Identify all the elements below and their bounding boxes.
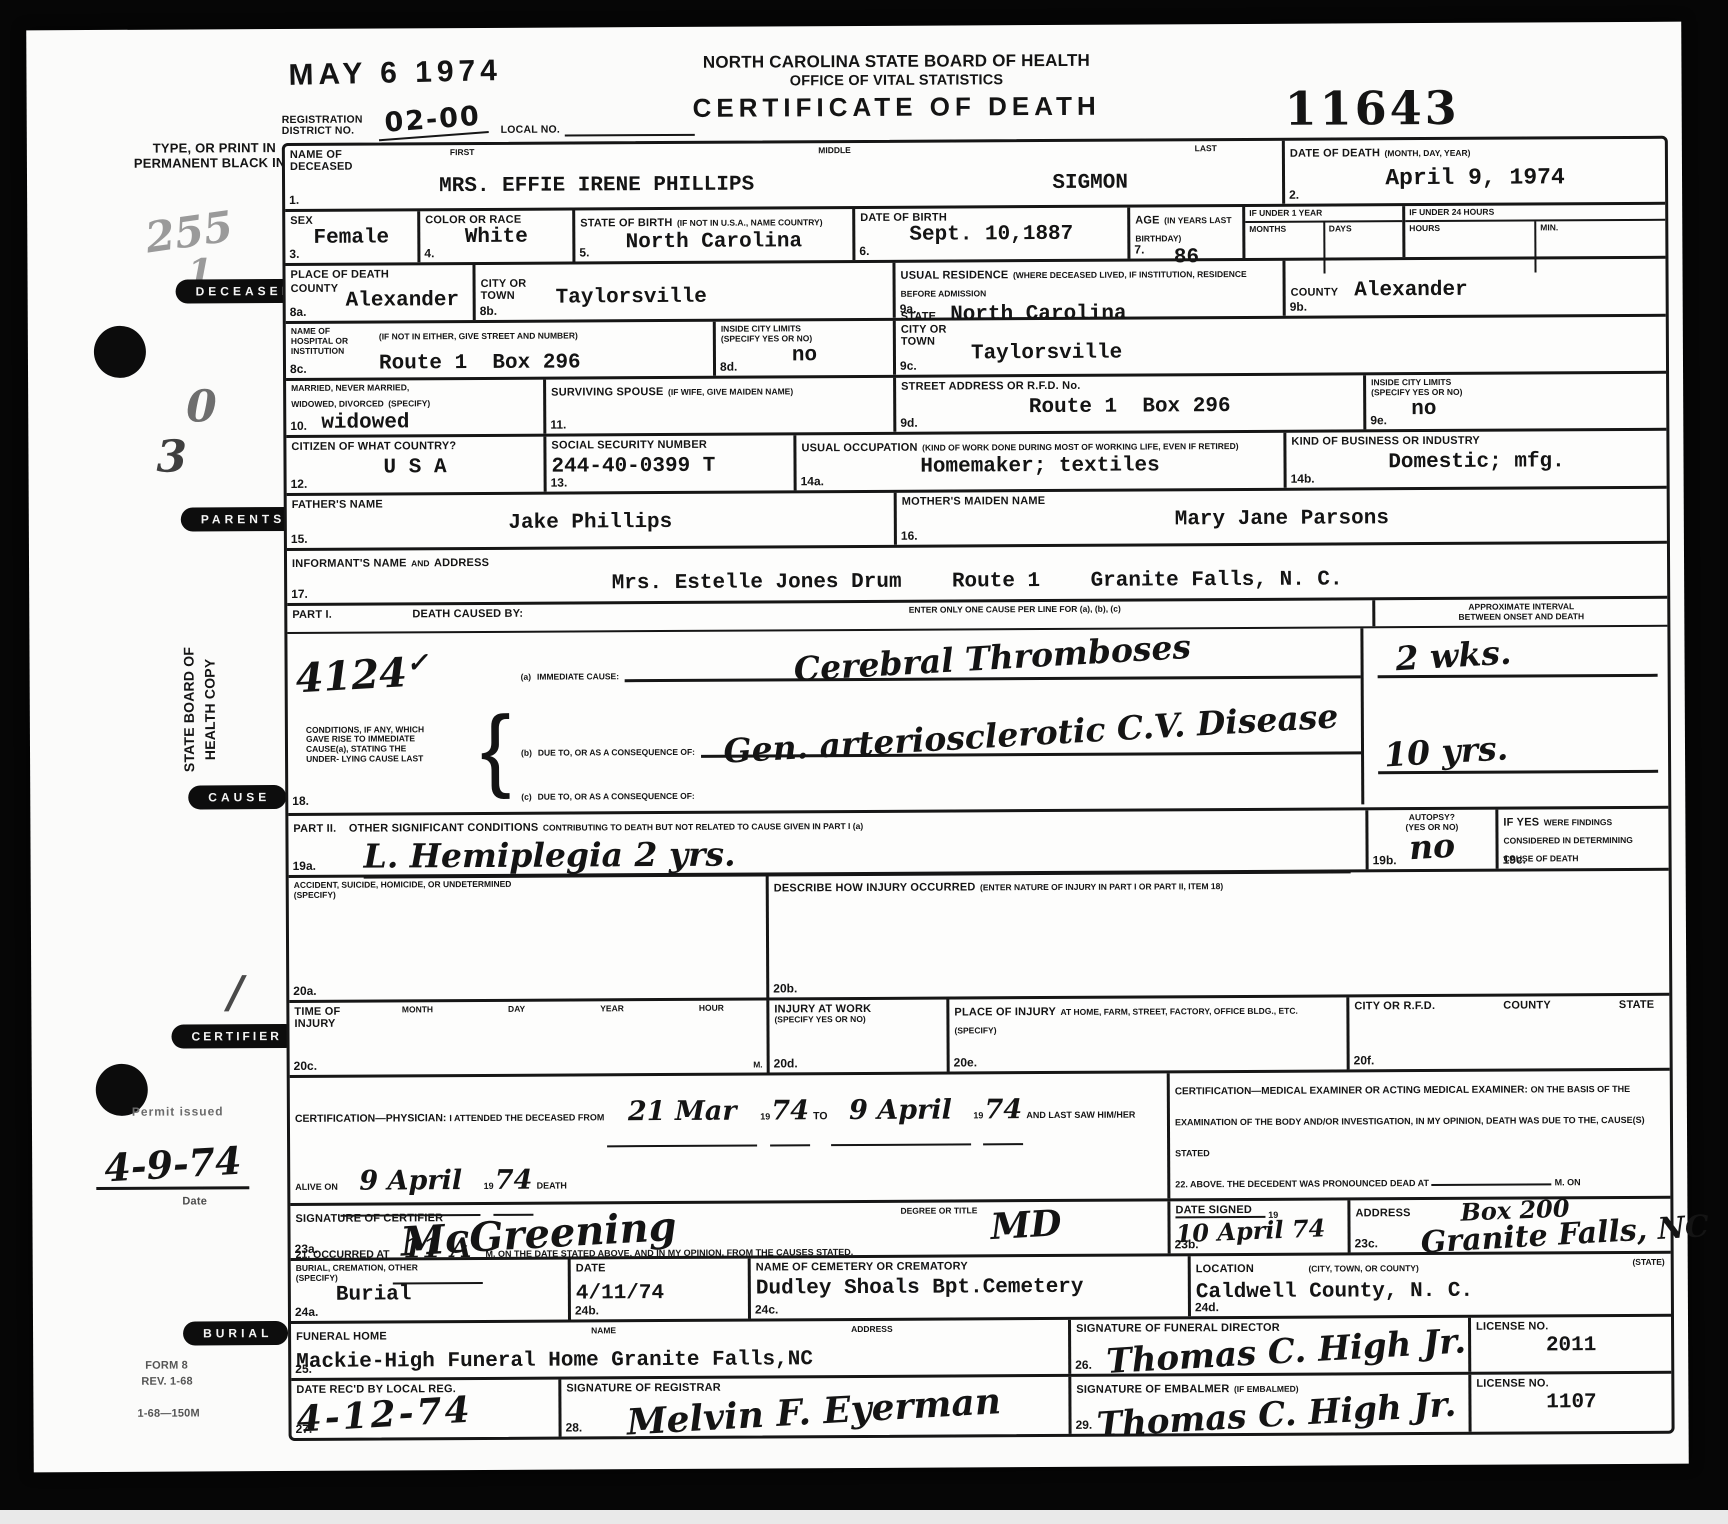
cert-phys-19b: 19 bbox=[973, 1110, 983, 1120]
field-funeral-home: FUNERAL HOME NAME ADDRESS Mackie-High Fu… bbox=[291, 1320, 1071, 1378]
address-num: 23c. bbox=[1355, 1236, 1378, 1250]
marital-value: widowed bbox=[321, 410, 538, 434]
received-date-stamp: MAY 6 1974 bbox=[288, 54, 502, 93]
inside8d-value: no bbox=[721, 343, 888, 367]
occupation-label: USUAL OCCUPATION bbox=[801, 442, 917, 455]
field-license-director: LICENSE NO. 2011 bbox=[1471, 1317, 1671, 1372]
pod-city-num: 8b. bbox=[480, 304, 497, 318]
industry-num: 14b. bbox=[1291, 472, 1315, 486]
field-industry: KIND OF BUSINESS OR INDUSTRY Domestic; m… bbox=[1286, 431, 1666, 488]
field-marital-status: MARRIED, NEVER MARRIED, WIDOWED, DIVORCE… bbox=[286, 380, 546, 435]
autopsy-num: 19b. bbox=[1373, 853, 1397, 867]
cert-phys-year3: 74 bbox=[495, 1165, 533, 1196]
permit-date: 4-9-74 bbox=[96, 1141, 250, 1190]
inside9e-num: 9e. bbox=[1370, 413, 1387, 427]
field-cemetery: NAME OF CEMETERY OR CREMATORY Dudley Sho… bbox=[751, 1256, 1191, 1318]
cert-me-line3b: M. ON bbox=[1555, 1177, 1581, 1187]
field-date-of-birth: DATE OF BIRTH Sept. 10,1887 6. bbox=[855, 208, 1130, 260]
ifyes-num: 19c. bbox=[1503, 853, 1526, 867]
line-a-value: Cerebral Thromboses bbox=[793, 626, 1192, 688]
line-a-label: IMMEDIATE CAUSE: bbox=[537, 672, 619, 682]
row-name: NAME OF DECEASED FIRST MIDDLE LAST MRS. … bbox=[285, 139, 1665, 212]
field-race: COLOR OR RACE White 4. bbox=[420, 210, 575, 262]
row-parents: FATHER'S NAME Jake Phillips 15. MOTHER'S… bbox=[287, 489, 1667, 551]
burial-date-label: DATE bbox=[576, 1262, 743, 1275]
informant-num: 17. bbox=[291, 587, 308, 601]
certificate-number: 11643 bbox=[1285, 81, 1460, 136]
field-sex: SEX Female 3. bbox=[285, 211, 420, 263]
field-informant: INFORMANT'S NAME AND ADDRESS Mrs. Estell… bbox=[287, 544, 1667, 603]
spouse-label: SURVIVING SPOUSE bbox=[551, 386, 663, 399]
field-place-of-injury: PLACE OF INJURY AT HOME, FARM, STREET, F… bbox=[949, 997, 1349, 1071]
permit-date-label: Date bbox=[182, 1195, 207, 1207]
local-no-label: LOCAL NO. bbox=[501, 124, 560, 136]
street-label: STREET ADDRESS OR R.F.D. No. bbox=[901, 378, 1358, 393]
residence-county-num: 9b. bbox=[1290, 300, 1307, 314]
field-surviving-spouse: SURVIVING SPOUSE (IF WIFE, GIVE MAIDEN N… bbox=[546, 378, 896, 434]
spouse-num: 11. bbox=[550, 418, 566, 432]
injury-loc-city: CITY OR R.F.D. bbox=[1354, 1000, 1435, 1013]
injury-work-sub: (SPECIFY YES OR NO) bbox=[774, 1015, 941, 1026]
injury-work-num: 20d. bbox=[774, 1056, 798, 1070]
field-citizen: CITIZEN OF WHAT COUNTRY? U S A 12. bbox=[286, 437, 546, 493]
cert-phys-from-value: 21 Mar bbox=[628, 1096, 737, 1128]
field-signature-funeral-director: SIGNATURE OF FUNERAL DIRECTOR Thomas C. … bbox=[1071, 1318, 1471, 1374]
street-value: Route 1 Box 296 bbox=[901, 395, 1358, 420]
location-label: LOCATION bbox=[1196, 1263, 1254, 1275]
name-last-value: SIGMON bbox=[1052, 171, 1128, 194]
name-last-col: LAST bbox=[1195, 144, 1217, 169]
cert-phys-year2: 74 bbox=[984, 1094, 1022, 1125]
form-print-run: 1-68—150M bbox=[137, 1407, 199, 1420]
row-part2: PART II. OTHER SIGNIFICANT CONDITIONS CO… bbox=[288, 809, 1668, 878]
row-part1: PART I. DEATH CAUSED BY: ENTER ONLY ONE … bbox=[287, 599, 1668, 816]
row-marital: MARRIED, NEVER MARRIED, WIDOWED, DIVORCE… bbox=[286, 374, 1666, 438]
location-sub: (CITY, TOWN, OR COUNTY) bbox=[1308, 1263, 1418, 1274]
dod-sub: (MONTH, DAY, YEAR) bbox=[1385, 148, 1471, 158]
field-signature-certifier: SIGNATURE OF CERTIFIER DEGREE OR TITLE M… bbox=[290, 1201, 1170, 1258]
residence-county-value: Alexander bbox=[1354, 279, 1468, 303]
how-injury-num: 20b. bbox=[773, 981, 797, 995]
time-injury-m: M. bbox=[753, 1061, 763, 1071]
degree-title-label: DEGREE OR TITLE bbox=[900, 1206, 977, 1216]
field-inside-city-8d: INSIDE CITY LIMITS (SPECIFY YES OR NO) n… bbox=[716, 321, 896, 376]
hospital-value: Route 1 Box 296 bbox=[379, 351, 581, 375]
date-recd-num: 27. bbox=[296, 1422, 313, 1436]
sig-cert-num: 23a. bbox=[295, 1242, 318, 1256]
citizen-label: CITIZEN OF WHAT COUNTRY? bbox=[291, 440, 538, 454]
field-how-injury: DESCRIBE HOW INJURY OCCURRED (ENTER NATU… bbox=[769, 871, 1670, 998]
cemetery-label: NAME OF CEMETERY OR CREMATORY bbox=[756, 1259, 1183, 1274]
hospital-sub: (IF NOT IN EITHER, GIVE STREET AND NUMBE… bbox=[379, 330, 578, 341]
row-sex-age: SEX Female 3. COLOR OR RACE White 4. STA… bbox=[285, 205, 1665, 266]
city9c-num: 9c. bbox=[900, 359, 917, 373]
time-injury-label1: TIME OF bbox=[294, 1006, 364, 1019]
registration-district: REGISTRATION DISTRICT NO. 02-00 LOCAL NO… bbox=[282, 103, 702, 138]
sex-num: 3. bbox=[289, 247, 299, 261]
part2-label: PART II. bbox=[293, 823, 336, 835]
cause-line-a: (a) IMMEDIATE CAUSE: Cerebral Thromboses bbox=[520, 636, 1360, 682]
name-label-2: DECEASED bbox=[290, 161, 390, 174]
field-signature-embalmer: SIGNATURE OF EMBALMER (IF EMBALMED) Thom… bbox=[1071, 1375, 1471, 1434]
burial-value: Burial bbox=[336, 1282, 563, 1306]
cert-phys-saw-value: 9 April bbox=[359, 1165, 462, 1197]
sig-director-num: 26. bbox=[1075, 1358, 1092, 1372]
field-residence-state: USUAL RESIDENCE (WHERE DECEASED LIVED, I… bbox=[895, 261, 1285, 318]
row-accident: ACCIDENT, SUICIDE, HOMICIDE, OR UNDETERM… bbox=[289, 871, 1670, 1003]
name-middle-col: MIDDLE bbox=[818, 146, 851, 171]
permit-date-value: 4-9-74 bbox=[103, 1138, 243, 1191]
field-occupation: USUAL OCCUPATION (KIND OF WORK DONE DURI… bbox=[796, 433, 1286, 491]
cert-me-line2: EXAMINATION OF THE BODY AND/OR INVESTIGA… bbox=[1175, 1115, 1645, 1158]
field-part1: PART I. DEATH CAUSED BY: ENTER ONLY ONE … bbox=[287, 599, 1668, 813]
name-first-value: MRS. EFFIE IRENE PHILLIPS bbox=[439, 173, 754, 198]
time-injury-label2: INJURY bbox=[294, 1018, 364, 1031]
funeral-home-name-col: NAME bbox=[591, 1326, 616, 1336]
spouse-sub: (IF WIFE, GIVE MAIDEN NAME) bbox=[668, 386, 793, 397]
cert-phys-to-value: 9 April bbox=[849, 1095, 952, 1127]
form-revision: REV. 1-68 bbox=[141, 1375, 193, 1388]
race-num: 4. bbox=[424, 246, 434, 260]
row-burial: BURIAL, CREMATION, OTHER (SPECIFY) Buria… bbox=[291, 1254, 1671, 1324]
line-b-value: Gen. arteriosclerotic C.V. Disease bbox=[722, 696, 1339, 770]
informant-label: INFORMANT'S NAME bbox=[292, 557, 407, 570]
residence-state-num: 9a. bbox=[900, 302, 917, 316]
interval-hdr2: BETWEEN ONSET AND DEATH bbox=[1458, 611, 1584, 622]
field-certification-physician: CERTIFICATION—PHYSICIAN: I ATTENDED THE … bbox=[290, 1073, 1171, 1203]
field-state-of-birth: STATE OF BIRTH (IF NOT IN U.S.A., NAME C… bbox=[575, 209, 855, 261]
field-part2: PART II. OTHER SIGNIFICANT CONDITIONS CO… bbox=[288, 810, 1368, 875]
funeral-home-addr-col: ADDRESS bbox=[851, 1325, 893, 1335]
informant-and: AND bbox=[411, 558, 429, 568]
father-value: Jake Phillips bbox=[292, 510, 889, 536]
registration-district-value: 02-00 bbox=[377, 100, 489, 141]
interval-a-value: 2 wks. bbox=[1394, 632, 1512, 678]
field-burial-type: BURIAL, CREMATION, OTHER (SPECIFY) Buria… bbox=[291, 1260, 571, 1321]
row-informant: INFORMANT'S NAME AND ADDRESS Mrs. Estell… bbox=[287, 544, 1667, 606]
line-c-blank bbox=[701, 798, 1361, 801]
race-label: COLOR OR RACE bbox=[425, 214, 567, 227]
margin-tab-certifier: CERTIFIER bbox=[171, 1024, 297, 1049]
field-age: AGE (IN YEARS LAST BIRTHDAY) 86 7. bbox=[1130, 207, 1245, 259]
field-autopsy: AUTOPSY? (YES OR NO) no 19b. bbox=[1368, 810, 1498, 870]
age-label: AGE bbox=[1135, 214, 1160, 226]
field-burial-date: DATE 4/11/74 24b. bbox=[571, 1259, 751, 1320]
hole-punch-top bbox=[94, 326, 146, 378]
field-certifier-address: ADDRESS Box 200 Granite Falls, NC 23c. bbox=[1350, 1199, 1670, 1253]
burial-date-num: 24b. bbox=[575, 1303, 599, 1317]
birth-state-label: STATE OF BIRTH bbox=[580, 217, 672, 229]
location-value: Caldwell County, N. C. bbox=[1196, 1279, 1666, 1304]
org-line2: OFFICE OF VITAL STATISTICS bbox=[656, 72, 1136, 91]
sig-embalmer-num: 29. bbox=[1076, 1418, 1093, 1432]
field-if-yes-findings: IF YES WERE FINDINGS CONSIDERED IN DETER… bbox=[1498, 809, 1668, 869]
mother-value: Mary Jane Parsons bbox=[902, 506, 1662, 533]
pencil-mark-0: 0 bbox=[186, 381, 217, 432]
injury-loc-state: STATE bbox=[1619, 999, 1655, 1011]
field-if-under-24-hours: IF UNDER 24 HOURS HOURS MIN. bbox=[1405, 205, 1665, 257]
sig-embalmer-label: SIGNATURE OF EMBALMER bbox=[1076, 1383, 1229, 1396]
local-no-blank bbox=[565, 134, 695, 137]
field-name-of-deceased: NAME OF DECEASED FIRST MIDDLE LAST MRS. … bbox=[285, 141, 1285, 209]
form-number: FORM 8 bbox=[145, 1360, 188, 1373]
death-certificate-scan: TYPE, OR PRINT IN PERMANENT BLACK INK MA… bbox=[26, 22, 1689, 1473]
part2-num: 19a. bbox=[293, 859, 316, 873]
page-title: CERTIFICATE OF DEATH bbox=[657, 92, 1137, 124]
age-num: 7. bbox=[1134, 242, 1144, 256]
ssn-label: SOCIAL SECURITY NUMBER bbox=[551, 438, 788, 452]
field-inside-city-9e: INSIDE CITY LIMITS (SPECIFY YES OR NO) n… bbox=[1366, 374, 1666, 430]
field-signature-registrar: SIGNATURE OF REGISTRAR Melvin F. Eyerman… bbox=[561, 1377, 1071, 1437]
field-if-under-1-year: IF UNDER 1 YEAR MONTHS DAYS bbox=[1245, 206, 1405, 258]
hospital-label3: INSTITUTION bbox=[291, 346, 379, 356]
dod-label: DATE OF DEATH bbox=[1290, 147, 1380, 159]
part1-label: PART I. bbox=[292, 608, 412, 628]
field-date-received: DATE REC'D BY LOCAL REG. 4-12-74 27. bbox=[291, 1380, 561, 1438]
father-num: 15. bbox=[291, 532, 308, 546]
line-b-letter: (b) bbox=[521, 749, 532, 759]
part1-caused-by: DEATH CAUSED BY: bbox=[412, 607, 652, 628]
cert-me-title: CERTIFICATION—MEDICAL EXAMINER OR ACTING… bbox=[1175, 1084, 1528, 1097]
ssn-num: 13. bbox=[551, 476, 568, 490]
line-a-letter: (a) bbox=[521, 672, 531, 682]
hospital-num: 8c. bbox=[290, 362, 307, 376]
pod-county-num: 8a. bbox=[290, 305, 307, 319]
ssn-value: 244-40-0399 T bbox=[551, 455, 788, 479]
org-line1: NORTH CAROLINA STATE BOARD OF HEALTH bbox=[656, 51, 1136, 73]
field-date-signed: DATE SIGNED 10 April 74 23b. bbox=[1170, 1200, 1350, 1253]
address-label: ADDRESS bbox=[1355, 1207, 1410, 1219]
time-injury-year: YEAR bbox=[600, 1004, 624, 1029]
burial-date-value: 4/11/74 bbox=[576, 1282, 743, 1306]
time-injury-day: DAY bbox=[508, 1005, 525, 1030]
cert-me-line3a: 22. ABOVE. THE DECEDENT WAS PRONOUNCED D… bbox=[1175, 1178, 1429, 1189]
occupation-num: 14a. bbox=[801, 474, 824, 488]
conditions-brace: { bbox=[480, 702, 511, 794]
funeral-home-label: FUNERAL HOME bbox=[296, 1330, 387, 1342]
city9c-value: Taylorsville bbox=[971, 342, 1122, 366]
residence-county-label: COUNTY bbox=[1291, 286, 1339, 299]
cause-line-b: (b) DUE TO, OR AS A CONSEQUENCE OF: Gen.… bbox=[521, 712, 1361, 758]
margin-tab-burial: BURIAL bbox=[183, 1321, 288, 1346]
dod-value: April 9, 1974 bbox=[1290, 164, 1660, 192]
place-injury-num: 20e. bbox=[954, 1055, 977, 1069]
cert-phys-19a: 19 bbox=[760, 1111, 770, 1121]
cert-phys-title: CERTIFICATION—PHYSICIAN: bbox=[295, 1112, 447, 1125]
location-num: 24d. bbox=[1195, 1300, 1219, 1314]
cert-phys-to: TO bbox=[813, 1110, 827, 1122]
copy-designation: STATE BOARD OF HEALTH COPY bbox=[119, 629, 280, 790]
mother-label: MOTHER'S MAIDEN NAME bbox=[902, 492, 1662, 508]
birth-state-value: North Carolina bbox=[580, 230, 847, 254]
pencil-slash: / bbox=[227, 967, 243, 1018]
funeral-home-value: Mackie-High Funeral Home Granite Falls,N… bbox=[296, 1347, 1063, 1374]
marital-label2: WIDOWED, DIVORCED bbox=[291, 398, 384, 408]
cause-code-check: ✓ bbox=[406, 647, 429, 678]
conditions-note: CONDITIONS, IF ANY, WHICH GAVE RISE TO I… bbox=[306, 725, 426, 765]
pod-county-value: Alexander bbox=[346, 289, 460, 313]
line-c-letter: (c) bbox=[521, 792, 531, 802]
certificate-form: NAME OF DECEASED FIRST MIDDLE LAST MRS. … bbox=[282, 136, 1675, 1441]
cert-me-basis: ON THE BASIS OF THE bbox=[1531, 1084, 1631, 1095]
row-certification: CERTIFICATION—PHYSICIAN: I ATTENDED THE … bbox=[290, 1071, 1671, 1206]
field-mother-name: MOTHER'S MAIDEN NAME Mary Jane Parsons 1… bbox=[897, 489, 1667, 545]
field-cemetery-location: LOCATION (CITY, TOWN, OR COUNTY) (STATE)… bbox=[1191, 1254, 1671, 1317]
part1-one-cause: ENTER ONLY ONE CAUSE PER LINE FOR (a), (… bbox=[652, 603, 1377, 626]
field-street-address: STREET ADDRESS OR R.F.D. No. Route 1 Box… bbox=[896, 375, 1366, 431]
race-value: White bbox=[425, 226, 567, 250]
field-pod-city: CITY OR TOWN 8b. Taylorsville bbox=[475, 263, 895, 320]
date-signed-value: 10 April 74 bbox=[1175, 1213, 1343, 1249]
interval-b-value: 10 yrs. bbox=[1383, 728, 1509, 774]
cause-line-c: (c) DUE TO, OR AS A CONSEQUENCE OF: bbox=[521, 788, 1361, 802]
time-injury-num: 20c. bbox=[294, 1059, 317, 1073]
name-label-1: NAME OF bbox=[290, 148, 390, 161]
mother-num: 16. bbox=[901, 529, 918, 543]
sex-label: SEX bbox=[290, 214, 412, 227]
inside9e-value: no bbox=[1411, 396, 1661, 420]
name-first-col: FIRST bbox=[450, 148, 475, 173]
row-time-of-injury: TIME OF INJURY MONTH DAY YEAR HOUR 20c. … bbox=[289, 996, 1669, 1078]
scan-bottom-edge bbox=[0, 1510, 1728, 1524]
permit-issued-note: Permit issued bbox=[132, 1105, 224, 1119]
line-b-label: DUE TO, OR AS A CONSEQUENCE OF: bbox=[538, 748, 695, 759]
field-date-of-death: DATE OF DEATH (MONTH, DAY, YEAR) April 9… bbox=[1285, 139, 1665, 204]
marital-sub: (SPECIFY) bbox=[388, 398, 430, 408]
street-num: 9d. bbox=[900, 416, 917, 430]
field-father-name: FATHER'S NAME Jake Phillips 15. bbox=[287, 493, 897, 548]
part2-sub: CONTRIBUTING TO DEATH BUT NOT RELATED TO… bbox=[543, 821, 863, 833]
field-residence-county: COUNTY Alexander 9b. bbox=[1285, 259, 1665, 316]
cemetery-value: Dudley Shoals Bpt.Cemetery bbox=[756, 1276, 1183, 1301]
row-citizen: CITIZEN OF WHAT COUNTRY? U S A 12. SOCIA… bbox=[286, 431, 1666, 496]
informant-value: Mrs. Estelle Jones Drum Route 1 Granite … bbox=[292, 567, 1662, 597]
pod-city-value: Taylorsville bbox=[556, 286, 707, 310]
injury-loc-num: 20f. bbox=[1354, 1053, 1375, 1067]
dob-value: Sept. 10,1887 bbox=[860, 223, 1122, 247]
occupation-value: Homemaker; textiles bbox=[801, 454, 1278, 479]
field-injury-location: CITY OR R.F.D. COUNTY STATE 20f. bbox=[1349, 996, 1669, 1070]
row-signature-certifier: SIGNATURE OF CERTIFIER DEGREE OR TITLE M… bbox=[290, 1199, 1670, 1261]
industry-label: KIND OF BUSINESS OR INDUSTRY bbox=[1291, 434, 1661, 448]
row-registrar: DATE REC'D BY LOCAL REG. 4-12-74 27. SIG… bbox=[291, 1374, 1671, 1438]
field-hospital: NAME OF HOSPITAL OR INSTITUTION (IF NOT … bbox=[286, 322, 716, 378]
cert-phys-year1: 74 bbox=[771, 1095, 809, 1126]
sig-embalmer-sub: (IF EMBALMED) bbox=[1234, 1384, 1299, 1394]
part2-value: L. Hemiplegia 2 yrs. bbox=[363, 835, 735, 876]
field-certification-medical-examiner: CERTIFICATION—MEDICAL EXAMINER OR ACTING… bbox=[1170, 1071, 1671, 1199]
license-director-value: 2011 bbox=[1476, 1334, 1666, 1358]
ifyes-label: IF YES bbox=[1503, 816, 1539, 828]
part2-label2: OTHER SIGNIFICANT CONDITIONS bbox=[349, 822, 539, 835]
cert-me-blank1 bbox=[1432, 1183, 1552, 1186]
field-injury-at-work: INJURY AT WORK (SPECIFY YES OR NO) 20d. bbox=[769, 1000, 949, 1073]
line-c-label: DUE TO, OR AS A CONSEQUENCE OF: bbox=[538, 792, 695, 803]
cause-code-value: 4124 bbox=[294, 649, 408, 702]
row-place-of-death: PLACE OF DEATH COUNTY 8a. Alexander CITY… bbox=[285, 259, 1665, 324]
residence-group-label: USUAL RESIDENCE bbox=[901, 269, 1009, 282]
citizen-num: 12. bbox=[291, 477, 308, 491]
informant-addr-label: ADDRESS bbox=[434, 557, 489, 569]
cert-phys-19c: 19 bbox=[484, 1181, 494, 1191]
birth-state-num: 5. bbox=[579, 245, 589, 259]
under24-label: IF UNDER 24 HOURS bbox=[1405, 205, 1665, 222]
place-injury-label: PLACE OF INJURY bbox=[954, 1006, 1056, 1019]
field-residence-city: CITY OR TOWN Taylorsville 9c. bbox=[896, 317, 1666, 375]
part1-interval-header: APPROXIMATE INTERVAL BETWEEN ONSET AND D… bbox=[1372, 599, 1667, 626]
dod-num: 2. bbox=[1289, 188, 1299, 202]
part1-num: 18. bbox=[292, 793, 309, 807]
cert-phys-attended: I ATTENDED THE DECEASED FROM bbox=[449, 1112, 604, 1123]
marital-label1: MARRIED, NEVER MARRIED, bbox=[291, 383, 538, 394]
how-injury-sub: (ENTER NATURE OF INJURY IN PART I OR PAR… bbox=[980, 881, 1223, 892]
form-header: NORTH CAROLINA STATE BOARD OF HEALTH OFF… bbox=[656, 51, 1136, 124]
field-time-of-injury: TIME OF INJURY MONTH DAY YEAR HOUR 20c. … bbox=[289, 1000, 769, 1075]
license-embalmer-label: LICENSE NO. bbox=[1476, 1377, 1666, 1390]
funeral-home-num: 25. bbox=[295, 1362, 312, 1376]
under1-label: IF UNDER 1 YEAR bbox=[1245, 206, 1402, 223]
birth-state-sub: (IF NOT IN U.S.A., NAME COUNTRY) bbox=[677, 217, 823, 228]
cemetery-num: 24c. bbox=[755, 1302, 778, 1316]
time-injury-month: MONTH bbox=[402, 1005, 433, 1030]
field-license-embalmer: LICENSE NO. 1107 bbox=[1471, 1374, 1671, 1432]
burial-num: 24a. bbox=[295, 1305, 318, 1319]
print-instruction: TYPE, OR PRINT IN PERMANENT BLACK INK bbox=[127, 141, 302, 171]
inside8d-num: 8d. bbox=[720, 360, 737, 374]
how-injury-label: DESCRIBE HOW INJURY OCCURRED bbox=[774, 881, 976, 894]
field-ssn: SOCIAL SECURITY NUMBER 244-40-0399 T 13. bbox=[546, 435, 796, 491]
field-pod-county: PLACE OF DEATH COUNTY 8a. Alexander bbox=[285, 265, 475, 321]
cert-phys-death-word: DEATH bbox=[537, 1181, 567, 1191]
marital-num: 10. bbox=[290, 419, 307, 433]
field-accident: ACCIDENT, SUICIDE, HOMICIDE, OR UNDETERM… bbox=[289, 875, 770, 1000]
father-label: FATHER'S NAME bbox=[292, 496, 889, 511]
license-director-label: LICENSE NO. bbox=[1476, 1320, 1666, 1333]
dob-num: 6. bbox=[859, 244, 869, 258]
location-state-label: (STATE) bbox=[1632, 1258, 1664, 1268]
pencil-mark-3: 3 bbox=[156, 432, 187, 483]
accident-num: 20a. bbox=[293, 984, 316, 998]
sig-registrar-num: 28. bbox=[566, 1420, 583, 1434]
name-num: 1. bbox=[289, 193, 299, 207]
sex-value: Female bbox=[290, 227, 412, 251]
degree-title-value: MD bbox=[989, 1202, 1062, 1248]
date-signed-num: 23b. bbox=[1175, 1237, 1199, 1251]
occupation-sub: (KIND OF WORK DONE DURING MOST OF WORKIN… bbox=[922, 441, 1238, 453]
license-embalmer-value: 1107 bbox=[1476, 1391, 1666, 1415]
citizen-value: U S A bbox=[291, 456, 538, 480]
row-funeral-home: FUNERAL HOME NAME ADDRESS Mackie-High Fu… bbox=[291, 1317, 1671, 1381]
injury-loc-county: COUNTY bbox=[1503, 999, 1551, 1012]
pod-group-label: PLACE OF DEATH bbox=[290, 268, 467, 281]
row-hospital: NAME OF HOSPITAL OR INSTITUTION (IF NOT … bbox=[286, 317, 1666, 381]
time-injury-hour: HOUR bbox=[699, 1004, 724, 1029]
registration-district-label: REGISTRATION DISTRICT NO. bbox=[282, 114, 374, 138]
industry-value: Domestic; mfg. bbox=[1291, 450, 1661, 475]
